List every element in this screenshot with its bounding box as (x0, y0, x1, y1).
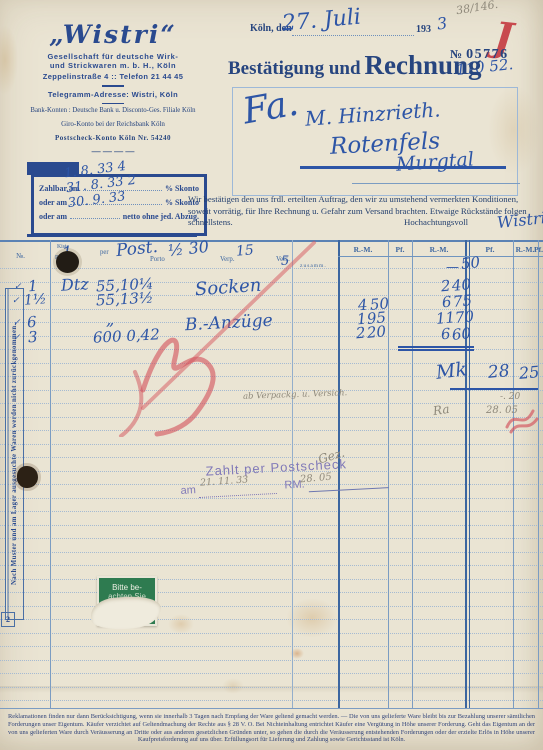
ledger-line (0, 700, 543, 701)
row-no: 1½ (24, 292, 47, 308)
stamp-am-label: am (180, 484, 196, 497)
amount: 20 (366, 324, 386, 341)
margin-note-box: Nach Muster und am Lager ausgesuchte War… (5, 288, 24, 620)
margin-note-text: Nach Muster und am Lager ausgesuchte War… (6, 289, 23, 619)
col-header-pf1: Pf. (390, 245, 410, 254)
footer-top-rule (0, 708, 543, 709)
col-header-pf3: Pf. (534, 245, 543, 254)
ledger-line (0, 646, 543, 647)
stamp-am-line (199, 493, 277, 498)
divider-dash (102, 85, 124, 87)
ledger-line (0, 592, 543, 593)
sheet-number: 2 (1, 612, 15, 627)
page-title-large: Rechnung (365, 50, 482, 80)
terms-handwriting: 1. 8. 33 4 31. 8. 33 2 30. 9. 33 (64, 159, 139, 212)
hand-per-value: Post. (115, 239, 159, 260)
recipient-prefix: Fa. (240, 85, 301, 130)
region-underline (352, 183, 520, 184)
punch-hole (56, 251, 79, 273)
ledger-line (0, 579, 543, 580)
ledger-line (0, 444, 543, 445)
row-no: 3 (27, 330, 38, 346)
amount: 6 (440, 327, 451, 343)
page-title: Bestätigung und Rechnung (228, 50, 482, 81)
col-header-rm1: R.-M. (348, 245, 378, 254)
footer-fine-print: Reklamationen finden nur dann Berücksich… (8, 713, 535, 744)
company-block: „Wistri“ Gesellschaft für deutsche Wirk-… (8, 20, 218, 156)
closing-text: Hochachtungsvoll (404, 217, 468, 227)
date-dotted-line (292, 35, 414, 36)
terms-row1-suffix: % Skonto (165, 184, 199, 193)
corner-pencil-note: 38/146. (455, 0, 498, 16)
sum-underline (398, 349, 474, 351)
col-header-verp: Verp. (220, 256, 235, 263)
year-handwritten: 3 (436, 15, 448, 32)
company-line: Bank-Konten : Deutsche Bank u. Disconto-… (8, 107, 218, 114)
company-line: und Strickwaren m. b. H., Köln (8, 61, 218, 70)
company-line: Gesellschaft für deutsche Wirk- (8, 52, 218, 61)
ledger-line (0, 552, 543, 553)
pencil-result-label: Ra (432, 403, 450, 417)
total-underline (450, 388, 538, 390)
stamp-rm-line (309, 487, 389, 492)
ledger-line (0, 525, 543, 526)
punch-hole (17, 466, 38, 488)
total-rm: 28 (487, 363, 510, 382)
year-printed: 193 (416, 24, 431, 35)
total-pf: 25 (518, 364, 540, 382)
amount: 2 (355, 326, 366, 342)
ledger-line (0, 660, 543, 661)
row-desc: Socken (194, 277, 262, 300)
column-rule (50, 240, 51, 708)
amount: 60 (451, 326, 471, 343)
ledger-line (0, 633, 543, 634)
terms-row3-label: oder am (39, 212, 67, 221)
sum-underline (398, 346, 474, 348)
date-handwritten: 27. Juli (281, 7, 362, 36)
row-qty: 55,13½ (96, 291, 154, 309)
red-check-over-amount (503, 405, 541, 435)
divider-dashes: — — — — (8, 146, 218, 156)
amount-header-underline (338, 256, 543, 257)
column-rule (412, 240, 413, 708)
dotted-fill (70, 210, 120, 219)
column-rule (513, 240, 514, 708)
company-line: Telegramm-Adresse: Wistri, Köln (8, 90, 218, 99)
ledger-line (0, 538, 543, 539)
ledger-line (0, 565, 543, 566)
divider-dash (102, 103, 124, 105)
col-header-zusamm: zusamm. (300, 263, 327, 269)
sticker-line1: Bitte be- (99, 583, 155, 592)
pencil-deduction: -. 20 (500, 393, 520, 402)
col-header-no: №. (16, 251, 25, 260)
total-label: Mk (435, 360, 468, 383)
ledger-line (0, 687, 543, 688)
company-name: „Wistri“ (8, 20, 218, 49)
amount: 70 (454, 309, 474, 326)
company-line: Postscheck-Konto Köln Nr. 54240 (8, 134, 218, 142)
amount: 50 (460, 255, 481, 272)
hand-verp-value: 15 (235, 243, 254, 259)
ledger-line (0, 511, 543, 512)
col-header-per: per (100, 249, 109, 256)
column-rule (538, 240, 539, 708)
ledger-line (0, 619, 543, 620)
signature: Wistri G. (496, 209, 543, 231)
ledger-line (0, 673, 543, 674)
red-scribble-mark (105, 312, 275, 437)
terms-underline-bar (27, 234, 197, 237)
row-unit: Dtz (61, 276, 89, 293)
amount: — (446, 261, 459, 274)
hand-porto-value: ½ 30 (167, 239, 209, 259)
terms-row2-label: oder am (39, 198, 67, 207)
invoice-document: „Wistri“ Gesellschaft für deutsche Wirk-… (0, 0, 543, 750)
confirmation-text: Wir bestätigen den uns frdl. erteilten A… (188, 194, 542, 229)
col-header-rm2: R.-M. (424, 245, 454, 254)
col-header-pf2: Pf. (480, 245, 500, 254)
page-title-normal: Bestätigung und (228, 58, 361, 79)
ledger-line (0, 606, 543, 607)
company-line: Zeppelinstraße 4 :: Telefon 21 44 45 (8, 72, 218, 81)
recipient-region: Murgtal (395, 150, 474, 174)
company-line: Giro-Konto bei der Reichsbank Köln (8, 120, 218, 128)
